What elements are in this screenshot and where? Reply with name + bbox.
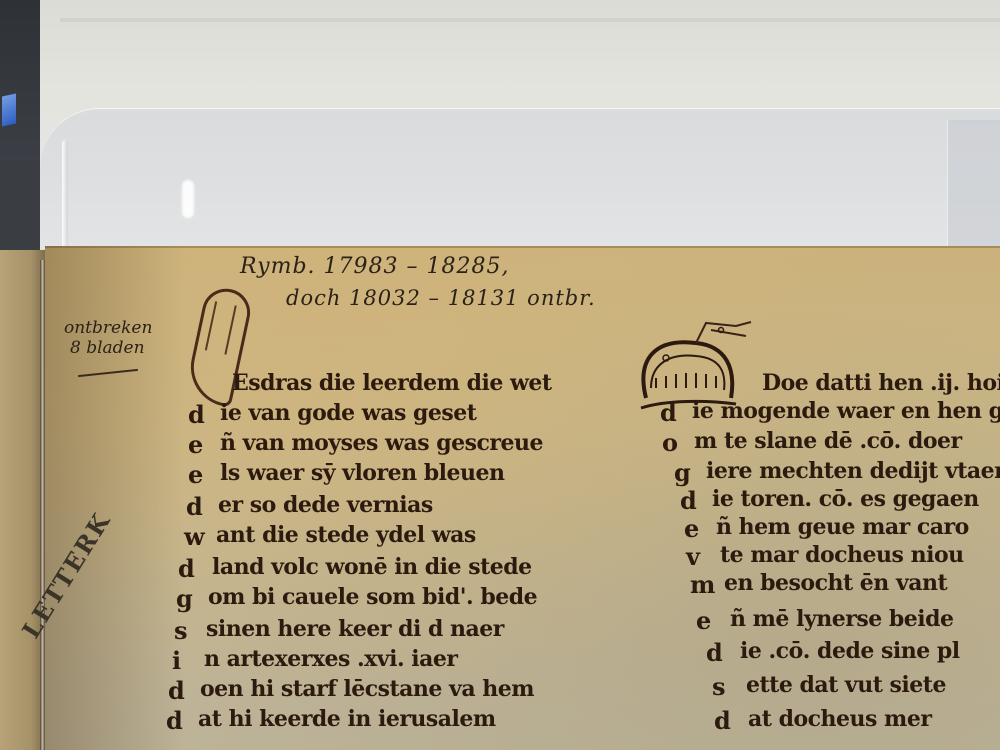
verse-line: Esdras die leerdem die wet <box>232 370 552 396</box>
verse-line: ñ mē lynerse beide <box>730 606 953 632</box>
light-glare <box>182 180 194 218</box>
verse-initial: d <box>714 706 731 735</box>
verse-line: at docheus mer <box>748 706 931 732</box>
verse-line: oen hi starf lēcstane va hem <box>200 676 534 702</box>
verse-line: te mar docheus niou <box>720 542 964 568</box>
blue-reflection <box>2 94 16 127</box>
verse-line: ant die stede ydel was <box>216 522 476 548</box>
verse-initial: d <box>706 638 723 667</box>
verse-initial: d <box>660 398 677 427</box>
verse-initial: d <box>186 492 203 521</box>
annotation-verse-range: Rymb. 17983 – 18285, <box>240 254 510 279</box>
verse-initial: s <box>174 616 188 645</box>
verse-line: ette dat vut siete <box>746 672 946 698</box>
verse-line: er so dede vernias <box>218 492 433 518</box>
verse-initial: i <box>172 646 181 675</box>
verse-initial: s <box>712 672 726 701</box>
verse-initial: d <box>178 554 195 583</box>
verse-line: ie .cō. dede sine pl <box>740 638 960 664</box>
binding-gutter <box>40 260 45 750</box>
verse-line: ie mogende waer en hen g <box>692 398 1000 424</box>
verse-line: n artexerxes .xvi. iaer <box>204 646 457 672</box>
verse-line: om bi cauele som bid'. bede <box>208 584 537 610</box>
verse-initial: e <box>684 514 699 543</box>
annotation-side-note-2: 8 bladen <box>70 338 145 358</box>
verse-initial: d <box>166 706 183 735</box>
verse-initial: v <box>686 542 700 571</box>
verse-initial: e <box>188 460 203 489</box>
verse-line: Doe datti hen .ij. hoirde <box>762 370 1000 396</box>
verse-line: m te slane dē .cō. doer <box>694 428 962 454</box>
verse-initial: o <box>662 428 678 457</box>
verse-line: en besocht ēn vant <box>724 570 947 596</box>
verse-initial: g <box>674 458 691 487</box>
verse-line: land volc wonē in die stede <box>212 554 532 580</box>
verse-line: ie toren. cō. es gegaen <box>712 486 979 512</box>
verse-initial: d <box>168 676 185 705</box>
verse-initial: d <box>680 486 697 515</box>
verse-initial: e <box>188 430 203 459</box>
verse-initial: d <box>188 400 205 429</box>
verse-line: ie van gode was geset <box>220 400 476 426</box>
verse-initial: m <box>690 570 715 599</box>
annotation-side-note-1: ontbreken <box>64 318 152 338</box>
verse-line: ñ van moyses was gescreue <box>220 430 543 456</box>
manuscript-photo: Rymb. 17983 – 18285, doch 18032 – 18131 … <box>0 0 1000 750</box>
verse-line: sinen here keer di d naer <box>206 616 504 642</box>
verse-line: ls waer sȳ vloren bleuen <box>220 460 504 486</box>
verse-initial: w <box>184 522 205 551</box>
verse-initial: g <box>176 584 193 613</box>
verse-line: at hi keerde in ierusalem <box>198 706 496 732</box>
verse-line: ñ hem geue mar caro <box>716 514 969 540</box>
annotation-missing-range: doch 18032 – 18131 ontbr. <box>286 286 596 310</box>
verse-initial: e <box>696 606 711 635</box>
paper-fold <box>60 18 1000 22</box>
verse-line: iere mechten dedijt vtaer <box>706 458 1000 484</box>
